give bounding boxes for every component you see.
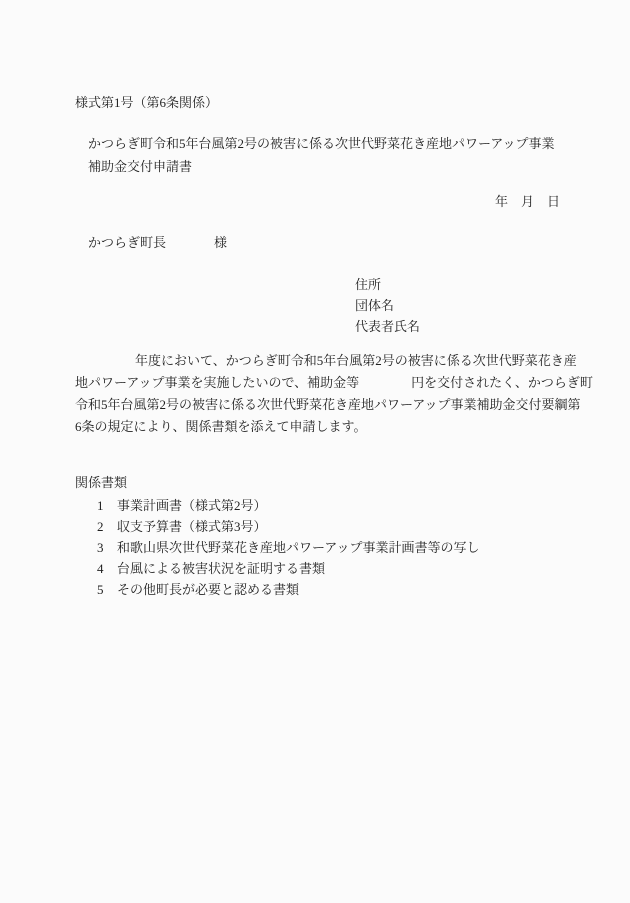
- document-title-line-2: 補助金交付申請書: [88, 155, 566, 178]
- related-documents-list: 1 事業計画書（様式第2号） 2 収支予算書（様式第3号） 3 和歌山県次世代野…: [75, 495, 479, 600]
- list-item-number: 2: [97, 516, 117, 537]
- applicant-organization-label: 団体名: [355, 295, 420, 316]
- body-line-1: 年度において、かつらぎ町令和5年台風第2号の被害に係る次世代野菜花き産: [75, 350, 557, 372]
- list-item-number: 5: [97, 579, 117, 600]
- list-item: 1 事業計画書（様式第2号）: [75, 495, 479, 516]
- list-item-number: 1: [97, 495, 117, 516]
- applicant-representative-label: 代表者氏名: [355, 316, 420, 337]
- document-page: 様式第1号（第6条関係） かつらぎ町令和5年台風第2号の被害に係る次世代野菜花き…: [0, 0, 630, 903]
- list-item-text: 和歌山県次世代野菜花き産地パワーアップ事業計画書等の写し: [117, 537, 479, 558]
- list-item: 4 台風による被害状況を証明する書類: [75, 558, 479, 579]
- list-item-text: 台風による被害状況を証明する書類: [117, 558, 479, 579]
- list-item-number: 3: [97, 537, 117, 558]
- list-item-text: 事業計画書（様式第2号）: [117, 495, 479, 516]
- list-item-text: その他町長が必要と認める書類: [117, 579, 479, 600]
- list-item-text: 収支予算書（様式第3号）: [117, 516, 479, 537]
- list-item-number: 4: [97, 558, 117, 579]
- applicant-address-label: 住所: [355, 274, 420, 295]
- list-item: 3 和歌山県次世代野菜花き産地パワーアップ事業計画書等の写し: [75, 537, 479, 558]
- document-title: かつらぎ町令和5年台風第2号の被害に係る次世代野菜花き産地パワーアップ事業 補助…: [88, 132, 566, 178]
- date-line: 年 月 日: [495, 192, 560, 213]
- applicant-block: 住所 団体名 代表者氏名: [355, 274, 420, 337]
- list-item: 5 その他町長が必要と認める書類: [75, 579, 479, 600]
- addressee-honorific: 様: [214, 235, 227, 250]
- body-line-4: 6条の規定により、関係書類を添えて申請します。: [75, 416, 557, 438]
- list-item: 2 収支予算書（様式第3号）: [75, 516, 479, 537]
- related-documents-heading: 関係書類: [75, 472, 479, 493]
- application-body: 年度において、かつらぎ町令和5年台風第2号の被害に係る次世代野菜花き産 地パワー…: [75, 350, 557, 438]
- body-line-2: 地パワーアップ事業を実施したいので、補助金等 円を交付されたく、かつらぎ町: [75, 372, 557, 394]
- addressee-name-blank: [166, 246, 214, 247]
- form-number: 様式第1号（第6条関係）: [75, 93, 218, 114]
- addressee-name: かつらぎ町長: [88, 235, 166, 250]
- document-title-line-1: かつらぎ町令和5年台風第2号の被害に係る次世代野菜花き産地パワーアップ事業: [88, 132, 566, 155]
- related-documents-section: 関係書類 1 事業計画書（様式第2号） 2 収支予算書（様式第3号） 3 和歌山…: [75, 472, 479, 600]
- addressee-line: かつらぎ町長様: [88, 233, 227, 254]
- body-line-3: 令和5年台風第2号の被害に係る次世代野菜花き産地パワーアップ事業補助金交付要綱第: [75, 394, 557, 416]
